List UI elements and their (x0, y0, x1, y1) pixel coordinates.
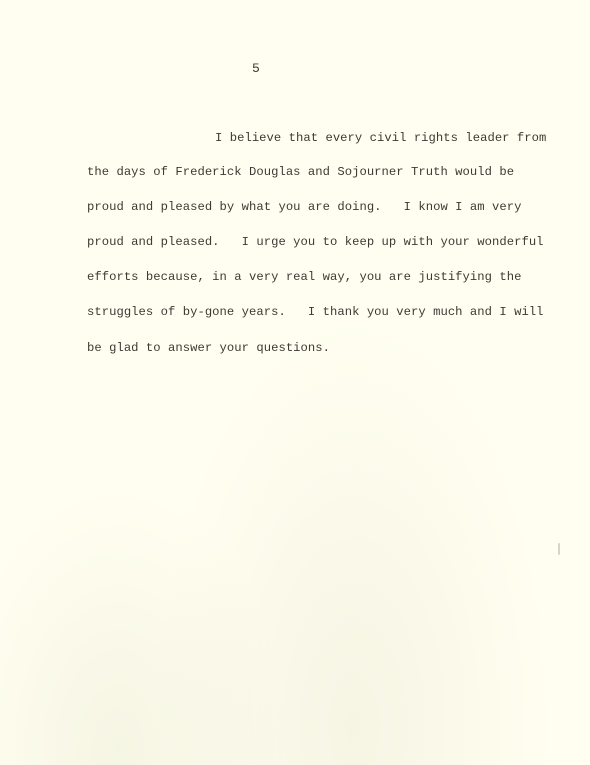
paragraph-line: I believe that every civil rights leader… (215, 131, 546, 145)
paragraph-line: efforts because, in a very real way, you… (87, 270, 521, 284)
typewritten-page: 5 I believe that every civil rights lead… (0, 0, 590, 765)
paragraph-line: the days of Frederick Douglas and Sojour… (87, 165, 514, 179)
paragraph-line: proud and pleased by what you are doing.… (87, 200, 521, 214)
paper-mark (558, 543, 560, 555)
paragraph-line: proud and pleased. I urge you to keep up… (87, 235, 544, 249)
paragraph-line: struggles of by-gone years. I thank you … (87, 305, 544, 319)
page-number: 5 (252, 61, 260, 76)
paragraph-line: be glad to answer your questions. (87, 341, 330, 355)
